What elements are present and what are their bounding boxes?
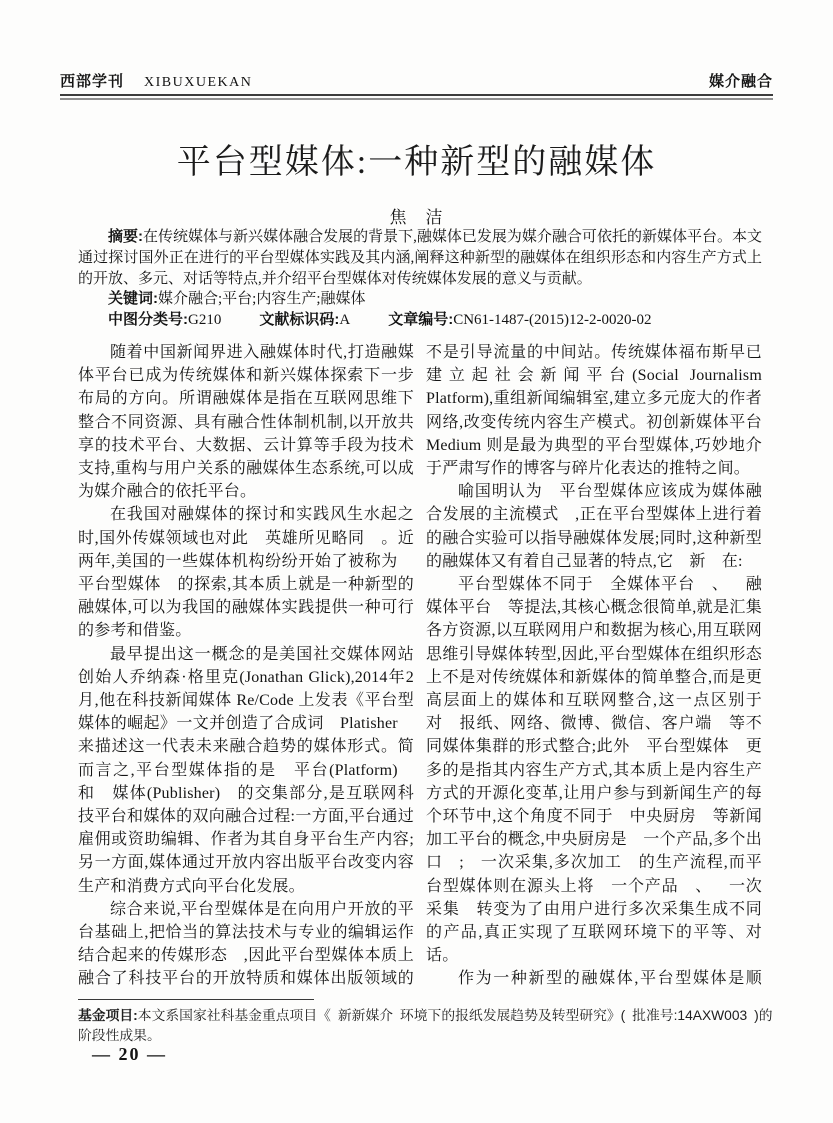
header-rule bbox=[60, 94, 773, 100]
article-title: 平台型媒体:一种新型的融媒体 bbox=[0, 134, 833, 183]
journal-name-chinese: 西部学刊 bbox=[60, 73, 124, 90]
page-number: — 20 — bbox=[92, 1044, 167, 1065]
body-paragraph: 喻国明认为 平台型媒体应该成为媒体融合发展的主流模式 ,正在平台型媒体上进行着的… bbox=[426, 480, 762, 573]
document-code-label: 文献标识码: bbox=[259, 311, 339, 328]
body-paragraph: 不是引导流量的中间站。传统媒体福布斯早已建立起社会新闻平台(Social Jou… bbox=[426, 341, 762, 480]
keywords-label: 关键词: bbox=[108, 290, 158, 307]
journal-name: 西部学刊 XIBUXUEKAN bbox=[60, 70, 252, 91]
clc-label: 中图分类号: bbox=[108, 311, 188, 328]
article-meta: 摘要:在传统媒体与新兴媒体融合发展的背景下,融媒体已发展为媒介融合可依托的新媒体… bbox=[78, 227, 762, 331]
body-paragraph: 最早提出这一概念的是美国社交媒体网站创始人乔纳森·格里克(Jonathan Gl… bbox=[78, 643, 414, 898]
funding-footnote: 基金项目:本文系国家社科基金重点项目《 新新媒介 环境下的报纸发展趋势及转型研究… bbox=[78, 1006, 778, 1046]
body-paragraph: 平台型媒体不同于 全媒体平台 、 融媒体平台 等提法,其核心概念很简单,就是汇集… bbox=[426, 573, 762, 967]
right-column: 不是引导流量的中间站。传统媒体福布斯早已建立起社会新闻平台(Social Jou… bbox=[426, 341, 762, 993]
keywords-text: 媒介融合;平台;内容生产;融媒体 bbox=[158, 291, 366, 307]
document-code-value: A bbox=[339, 312, 350, 328]
article-id: 文章编号:CN61-1487-(2015)12-2-0020-02 bbox=[388, 312, 651, 328]
keywords: 关键词:媒介融合;平台;内容生产;融媒体 bbox=[78, 289, 762, 310]
body-paragraph: 作为一种新型的融媒体,平台型媒体是顺应 互联网+ 趋势产生的,其本身具有的互联网… bbox=[426, 967, 762, 993]
body-paragraph: 综合来说,平台型媒体是在向用户开放的平台基础上,把恰当的算法技术与专业的编辑运作… bbox=[78, 898, 414, 993]
article-author: 焦 洁 bbox=[0, 203, 833, 228]
funding-footnote-label: 基金项目: bbox=[78, 1008, 138, 1023]
body-paragraph: 随着中国新闻界进入融媒体时代,打造融媒体平台已成为传统媒体和新兴媒体探索下一步布… bbox=[78, 341, 414, 503]
journal-page: 西部学刊 XIBUXUEKAN 媒介融合 平台型媒体:一种新型的融媒体 焦 洁 … bbox=[0, 0, 833, 1123]
article-id-value: CN61-1487-(2015)12-2-0020-02 bbox=[453, 312, 651, 328]
left-column: 随着中国新闻界进入融媒体时代,打造融媒体平台已成为传统媒体和新兴媒体探索下一步布… bbox=[78, 341, 414, 993]
body-paragraph: 在我国对融媒体的探讨和实践风生水起之时,国外传媒领域也对此 英雄所见略同 。近两… bbox=[78, 503, 414, 642]
body-columns: 随着中国新闻界进入融媒体时代,打造融媒体平台已成为传统媒体和新兴媒体探索下一步布… bbox=[78, 341, 762, 993]
classification-line: 中图分类号:G210文献标识码:A文章编号:CN61-1487-(2015)12… bbox=[78, 310, 762, 331]
running-head: 西部学刊 XIBUXUEKAN 媒介融合 bbox=[60, 70, 773, 91]
abstract-label: 摘要: bbox=[108, 228, 143, 245]
abstract-text: 在传统媒体与新兴媒体融合发展的背景下,融媒体已发展为媒介融合可依托的新媒体平台。… bbox=[78, 229, 762, 287]
abstract: 摘要:在传统媒体与新兴媒体融合发展的背景下,融媒体已发展为媒介融合可依托的新媒体… bbox=[78, 227, 762, 289]
clc-value: G210 bbox=[188, 312, 221, 328]
clc-number: 中图分类号:G210 bbox=[108, 312, 221, 328]
funding-footnote-text: 本文系国家社科基金重点项目《 新新媒介 环境下的报纸发展趋势及转型研究》( 批准… bbox=[78, 1008, 773, 1043]
section-label: 媒介融合 bbox=[709, 70, 773, 91]
journal-name-pinyin: XIBUXUEKAN bbox=[144, 75, 252, 90]
article-id-label: 文章编号: bbox=[388, 311, 453, 328]
footnote-rule bbox=[78, 999, 314, 1000]
document-code: 文献标识码:A bbox=[259, 312, 350, 328]
